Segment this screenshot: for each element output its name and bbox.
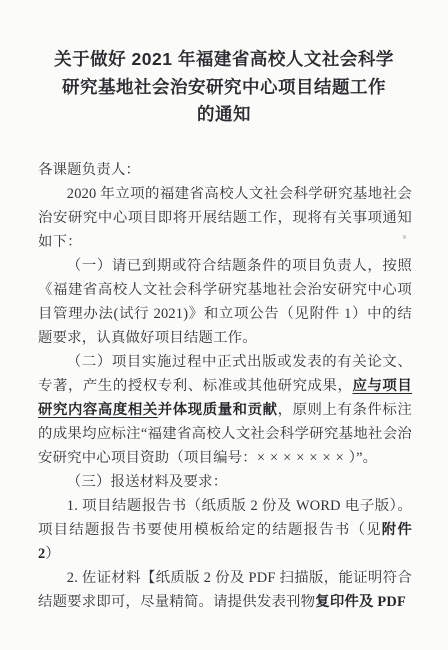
salutation: 各课题负责人： [38, 158, 412, 182]
paragraph-item-1: （一）请已到期或符合结题条件的项目负责人，按照《福建省高校人文社会科学研究基地社… [38, 254, 412, 350]
title-line-1: 关于做好 2021 年福建省高校人文社会科学 [0, 46, 448, 74]
title-line-3: 的通知 [0, 101, 448, 129]
text-run: ××××××× [257, 450, 349, 466]
document-body: 各课题负责人： 2020 年立项的福建省高校人文社会科学研究基地社会治安研究中心… [38, 158, 412, 614]
text-run: 2020 年立项的福建省高校人文社会科学研究基地社会治安研究中心项目即将开展结题… [38, 186, 412, 250]
paragraph-item-3: （三）报送材料及要求： [38, 470, 412, 494]
paragraph-materials-1: 1. 项目结题报告书（纸质版 2 份及 WORD 电子版）。项目结题报告书要使用… [38, 494, 412, 566]
text-run: 并体现质量和贡献 [158, 402, 278, 418]
text-run: 1. 项目结题报告书（纸质版 2 份及 WORD 电子版）。项目结题报告书要使用… [38, 498, 412, 538]
text-run: ）”。 [349, 450, 378, 466]
paragraph-intro: 2020 年立项的福建省高校人文社会科学研究基地社会治安研究中心项目即将开展结题… [38, 182, 412, 254]
paragraph-item-2: （二）项目实施过程中正式出版或发表的有关论文、专著，产生的授权专利、标准或其他研… [38, 350, 412, 470]
document-page: 关于做好 2021 年福建省高校人文社会科学 研究基地社会治安研究中心项目结题工… [0, 0, 448, 650]
scan-speck [403, 235, 406, 239]
text-run: 复印件及 PDF [315, 594, 406, 610]
paragraph-materials-2: 2. 佐证材料【纸质版 2 份及 PDF 扫描版，能证明符合结题要求即可，尽量精… [38, 566, 412, 614]
text-run: ） [45, 546, 60, 562]
document-title: 关于做好 2021 年福建省高校人文社会科学 研究基地社会治安研究中心项目结题工… [0, 46, 448, 129]
text-run: （一）请已到期或符合结题条件的项目负责人，按照《福建省高校人文社会科学研究基地社… [38, 258, 412, 346]
text-run: （三）报送材料及要求： [67, 474, 228, 490]
title-line-2: 研究基地社会治安研究中心项目结题工作 [0, 74, 448, 102]
